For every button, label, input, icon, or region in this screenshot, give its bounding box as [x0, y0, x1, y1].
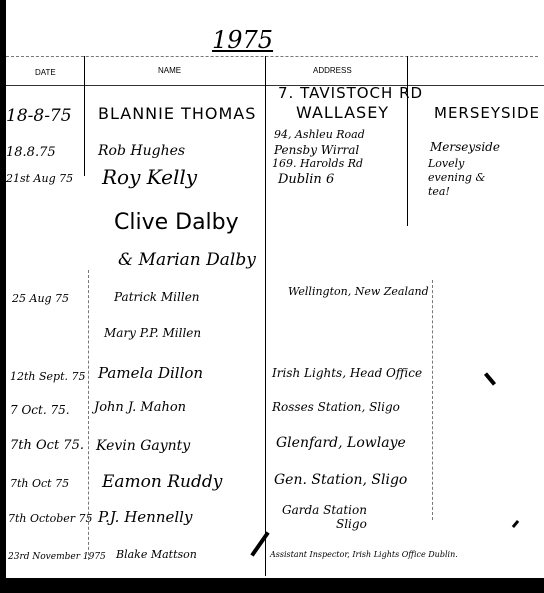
entry-address-line2: Dublin 6: [278, 172, 334, 187]
entry-date: 23rd November 1975: [8, 552, 106, 562]
entry-name: Kevin Gaynty: [96, 438, 190, 454]
entry-address-line2: Pensby Wirral: [274, 143, 359, 157]
entry-address-line1: Rosses Station, Sligo: [272, 400, 400, 414]
entry-name: John J. Mahon: [94, 400, 186, 415]
entry-date: 21st Aug 75: [6, 172, 73, 185]
entry-date: 7 Oct. 75.: [10, 403, 70, 417]
entry-address-line1: Wellington, New Zealand: [288, 285, 429, 298]
header-bottom-rule: [6, 85, 544, 86]
entry-address-line1: Garda Station: [282, 503, 367, 517]
guestbook-page: 1975 DATE NAME ADDRESS 18-8-75 BLANNIE T…: [6, 0, 544, 578]
column-divider-address-lower: [432, 280, 433, 520]
entry-name: & Marian Dalby: [118, 250, 256, 270]
column-header-address: ADDRESS: [313, 66, 352, 75]
entry-extra: Lovely evening & tea!: [428, 157, 508, 199]
column-header-date: DATE: [35, 68, 56, 77]
entry-name: P.J. Hennelly: [98, 508, 192, 526]
column-divider-date: [84, 56, 85, 176]
entry-date: 12th Sept. 75: [10, 370, 86, 383]
entry-extra: Merseyside: [430, 140, 500, 154]
entry-name: Blake Mattson: [116, 548, 197, 561]
column-divider-address: [407, 56, 408, 226]
entry-address-line1: 94, Ashleu Road: [274, 128, 365, 141]
entry-name: Pamela Dillon: [98, 364, 203, 382]
entry-address-line1: Irish Lights, Head Office: [272, 366, 422, 380]
entry-address-line2: WALLASEY: [296, 103, 389, 122]
entry-address-line1: Glenfard, Lowlaye: [276, 435, 406, 451]
entry-address-line1: 7. TAVISTOCH RD: [278, 84, 423, 102]
entry-date: 18-8-75: [6, 106, 72, 126]
entry-date: 18.8.75: [6, 145, 56, 160]
entry-name: Mary P.P. Millen: [104, 326, 201, 340]
year-heading: 1975: [212, 26, 273, 54]
ink-blot: [512, 520, 519, 528]
entry-name: Patrick Millen: [114, 290, 200, 304]
entry-date: 7th Oct 75: [10, 477, 69, 490]
entry-date: 7th Oct 75.: [10, 438, 84, 453]
entry-name: Roy Kelly: [102, 165, 197, 189]
header-top-rule: [6, 56, 538, 57]
entry-address-line1: Gen. Station, Sligo: [274, 472, 407, 488]
entry-address-line1: Assistant Inspector, Irish Lights Office…: [270, 550, 458, 559]
column-divider-name: [265, 56, 266, 576]
entry-extra: MERSEYSIDE: [434, 104, 540, 122]
entry-name: Clive Dalby: [114, 210, 239, 235]
entry-date: 7th October 75: [8, 512, 93, 525]
entry-name: Rob Hughes: [98, 143, 185, 159]
entry-address-line2: Sligo: [336, 517, 367, 531]
entry-name: Eamon Ruddy: [102, 472, 222, 492]
ink-stroke: [250, 531, 269, 556]
entry-date: 25 Aug 75: [12, 292, 69, 305]
entry-name: BLANNIE THOMAS: [98, 104, 256, 123]
entry-address-line1: 169. Harolds Rd: [272, 157, 363, 170]
column-header-name: NAME: [158, 66, 181, 75]
ink-blot: [484, 372, 496, 385]
